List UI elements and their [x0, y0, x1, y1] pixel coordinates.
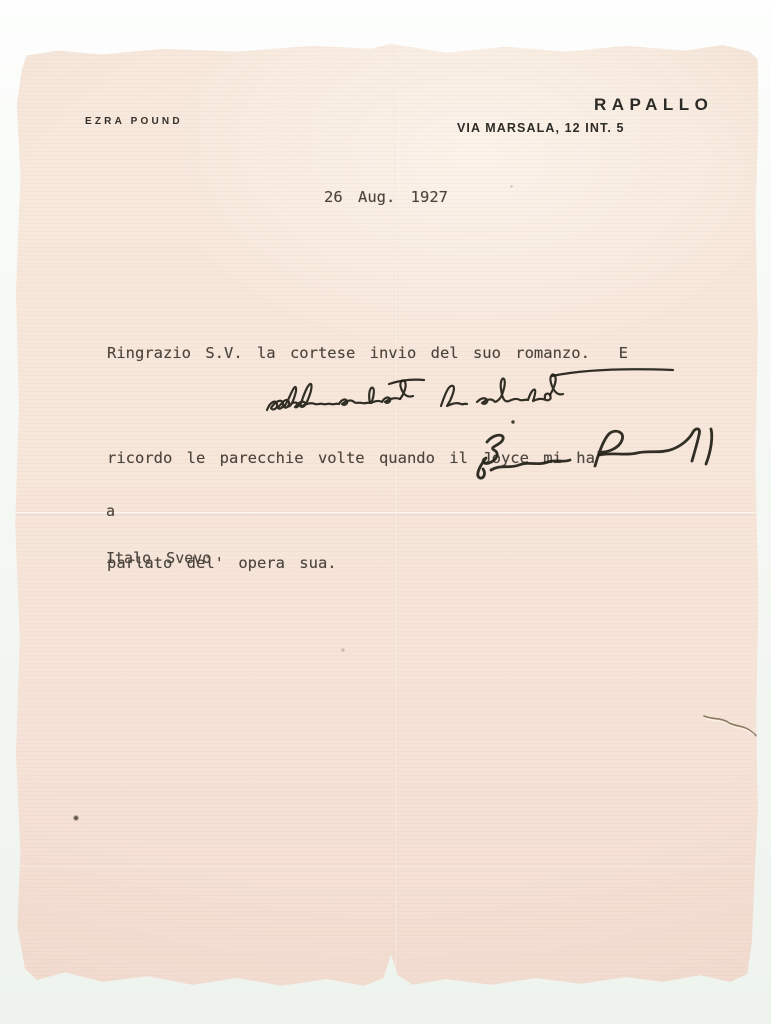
recipient-prefix: a [106, 504, 211, 520]
letterhead-city: RAPALLO [594, 95, 713, 115]
recipient-name: Italo Svevo [106, 551, 211, 567]
paper-speck [510, 185, 513, 188]
paper-stain [73, 815, 79, 821]
letter-paper: EZRA POUND RAPALLO VIA MARSALA, 12 INT. … [13, 42, 760, 1004]
photo-background: EZRA POUND RAPALLO VIA MARSALA, 12 INT. … [0, 0, 771, 1024]
handwritten-signature [453, 424, 725, 496]
lower-fold-crease [13, 866, 760, 868]
edge-tear [701, 708, 763, 744]
handwritten-closing [261, 364, 681, 429]
letterhead-sender: EZRA POUND [85, 116, 183, 127]
letterhead-address: VIA MARSALA, 12 INT. 5 [457, 121, 625, 135]
date-line: 26 Aug. 1927 [324, 188, 448, 206]
recipient-block: a Italo Svevo [106, 473, 211, 597]
